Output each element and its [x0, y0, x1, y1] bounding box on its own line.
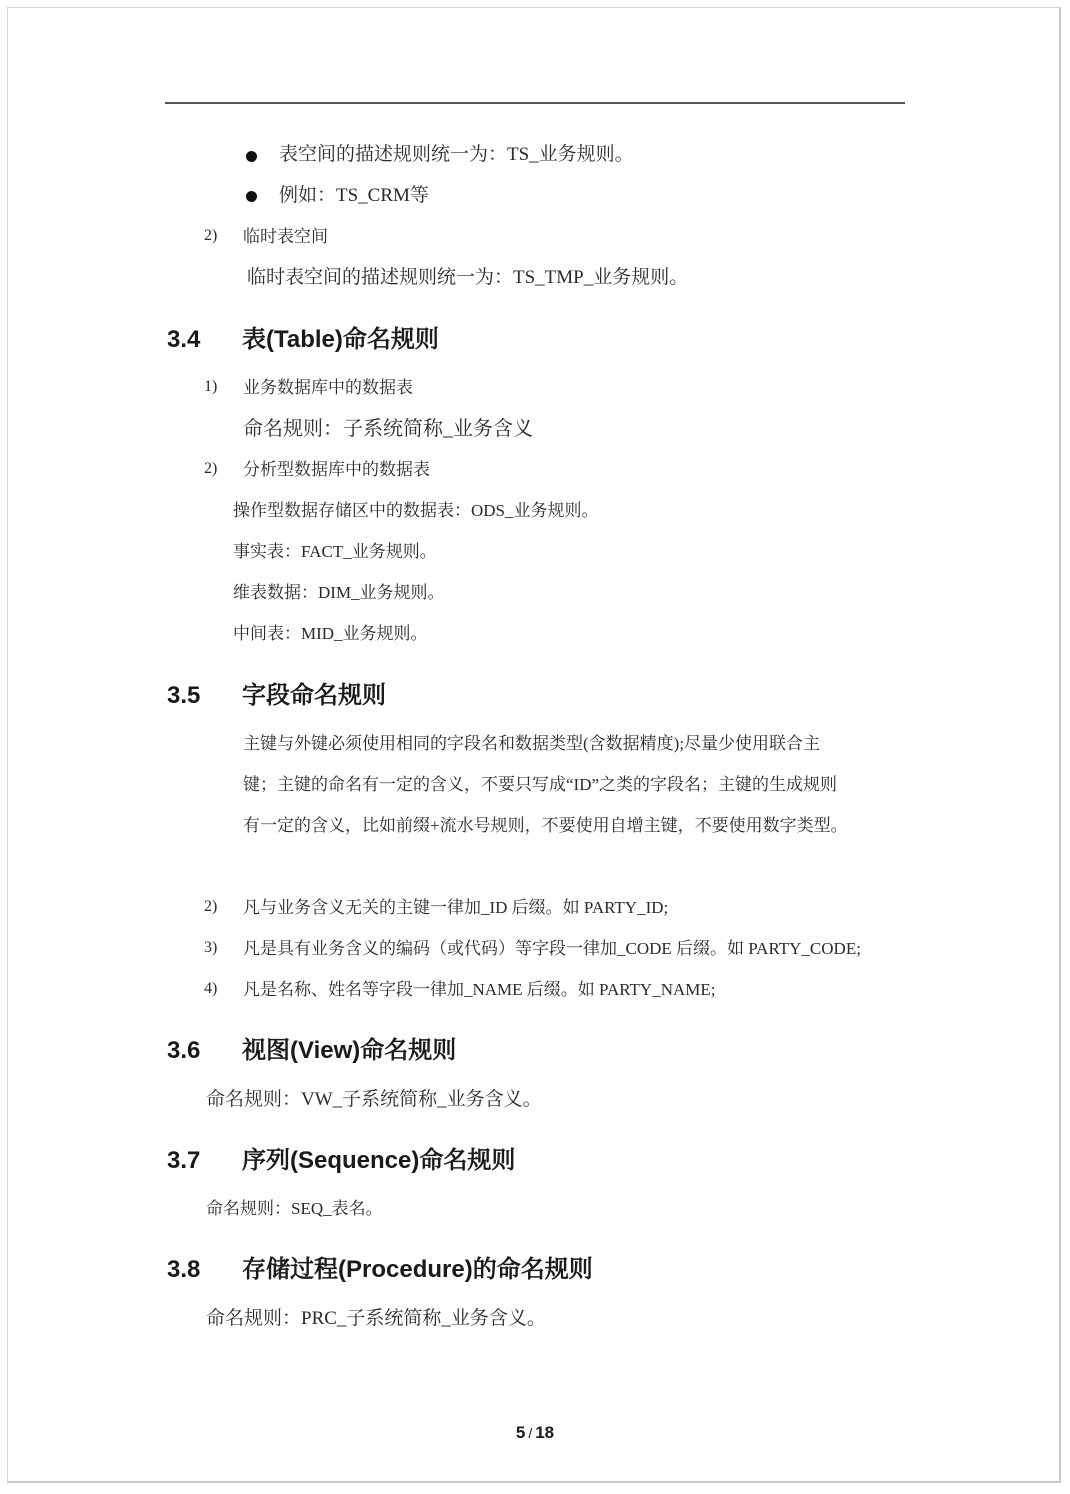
paragraph: 中间表：MID_业务规则。 — [233, 623, 428, 645]
list-number: 2) — [204, 227, 217, 245]
page-separator: / — [528, 1425, 532, 1441]
bullet-text: 例如：TS_CRM等 — [279, 185, 429, 207]
list-item-title: 业务数据库中的数据表 — [243, 377, 413, 399]
section-heading-3-6: 3.6视图(View)命名规则 — [167, 1036, 456, 1066]
section-title: 序列(Sequence)命名规则 — [242, 1147, 515, 1174]
section-heading-3-7: 3.7序列(Sequence)命名规则 — [167, 1146, 515, 1176]
section-number: 3.8 — [167, 1255, 242, 1285]
header-divider — [165, 102, 905, 104]
paragraph-line: 键；主键的命名有一定的含义，不要只写成“ID”之类的字段名；主键的生成规则 — [243, 774, 837, 796]
bullet-text: 表空间的描述规则统一为：TS_业务规则。 — [279, 144, 634, 166]
page-total: 18 — [535, 1423, 554, 1442]
section-number: 3.7 — [167, 1146, 242, 1176]
section-number: 3.6 — [167, 1036, 242, 1066]
section-number: 3.5 — [167, 681, 242, 711]
section-title: 视图(View)命名规则 — [242, 1037, 456, 1064]
bullet-icon — [246, 191, 257, 202]
paragraph: 命名规则：子系统简称_业务含义 — [243, 418, 533, 440]
paragraph: 操作型数据存储区中的数据表：ODS_业务规则。 — [233, 500, 599, 522]
list-number: 1) — [204, 378, 217, 396]
list-item-title: 分析型数据库中的数据表 — [243, 459, 430, 481]
paragraph-line: 主键与外键必须使用相同的字段名和数据类型(含数据精度);尽量少使用联合主 — [243, 733, 820, 755]
list-number: 2) — [204, 898, 217, 916]
section-heading-3-8: 3.8存储过程(Procedure)的命名规则 — [167, 1255, 593, 1285]
list-number: 3) — [204, 939, 217, 957]
list-number: 4) — [204, 980, 217, 998]
section-title: 字段命名规则 — [242, 682, 386, 709]
paragraph: 命名规则：VW_子系统简称_业务含义。 — [206, 1089, 542, 1111]
paragraph-line: 有一定的含义，比如前缀+流水号规则，不要使用自增主键，不要使用数字类型。 — [243, 815, 848, 837]
list-item-text: 凡与业务含义无关的主键一律加_ID 后缀。如 PARTY_ID; — [243, 897, 668, 919]
paragraph: 命名规则：PRC_子系统简称_业务含义。 — [206, 1308, 546, 1330]
list-number: 2) — [204, 460, 217, 478]
paragraph: 临时表空间的描述规则统一为：TS_TMP_业务规则。 — [247, 267, 688, 289]
list-item-text: 凡是具有业务含义的编码（或代码）等字段一律加_CODE 后缀。如 PARTY_C… — [243, 938, 861, 960]
paragraph: 事实表：FACT_业务规则。 — [233, 541, 437, 563]
bullet-icon — [246, 151, 257, 162]
paragraph: 命名规则：SEQ_表名。 — [206, 1198, 383, 1220]
list-item-title: 临时表空间 — [243, 226, 328, 248]
page-current: 5 — [516, 1423, 525, 1442]
section-heading-3-5: 3.5字段命名规则 — [167, 681, 386, 711]
section-title: 存储过程(Procedure)的命名规则 — [242, 1256, 593, 1283]
list-item-text: 凡是名称、姓名等字段一律加_NAME 后缀。如 PARTY_NAME; — [243, 979, 715, 1001]
paragraph: 维表数据：DIM_业务规则。 — [233, 582, 445, 604]
page-number: 5/18 — [0, 1423, 1070, 1443]
section-heading-3-4: 3.4表(Table)命名规则 — [167, 325, 439, 355]
section-title: 表(Table)命名规则 — [242, 326, 439, 353]
section-number: 3.4 — [167, 325, 242, 355]
